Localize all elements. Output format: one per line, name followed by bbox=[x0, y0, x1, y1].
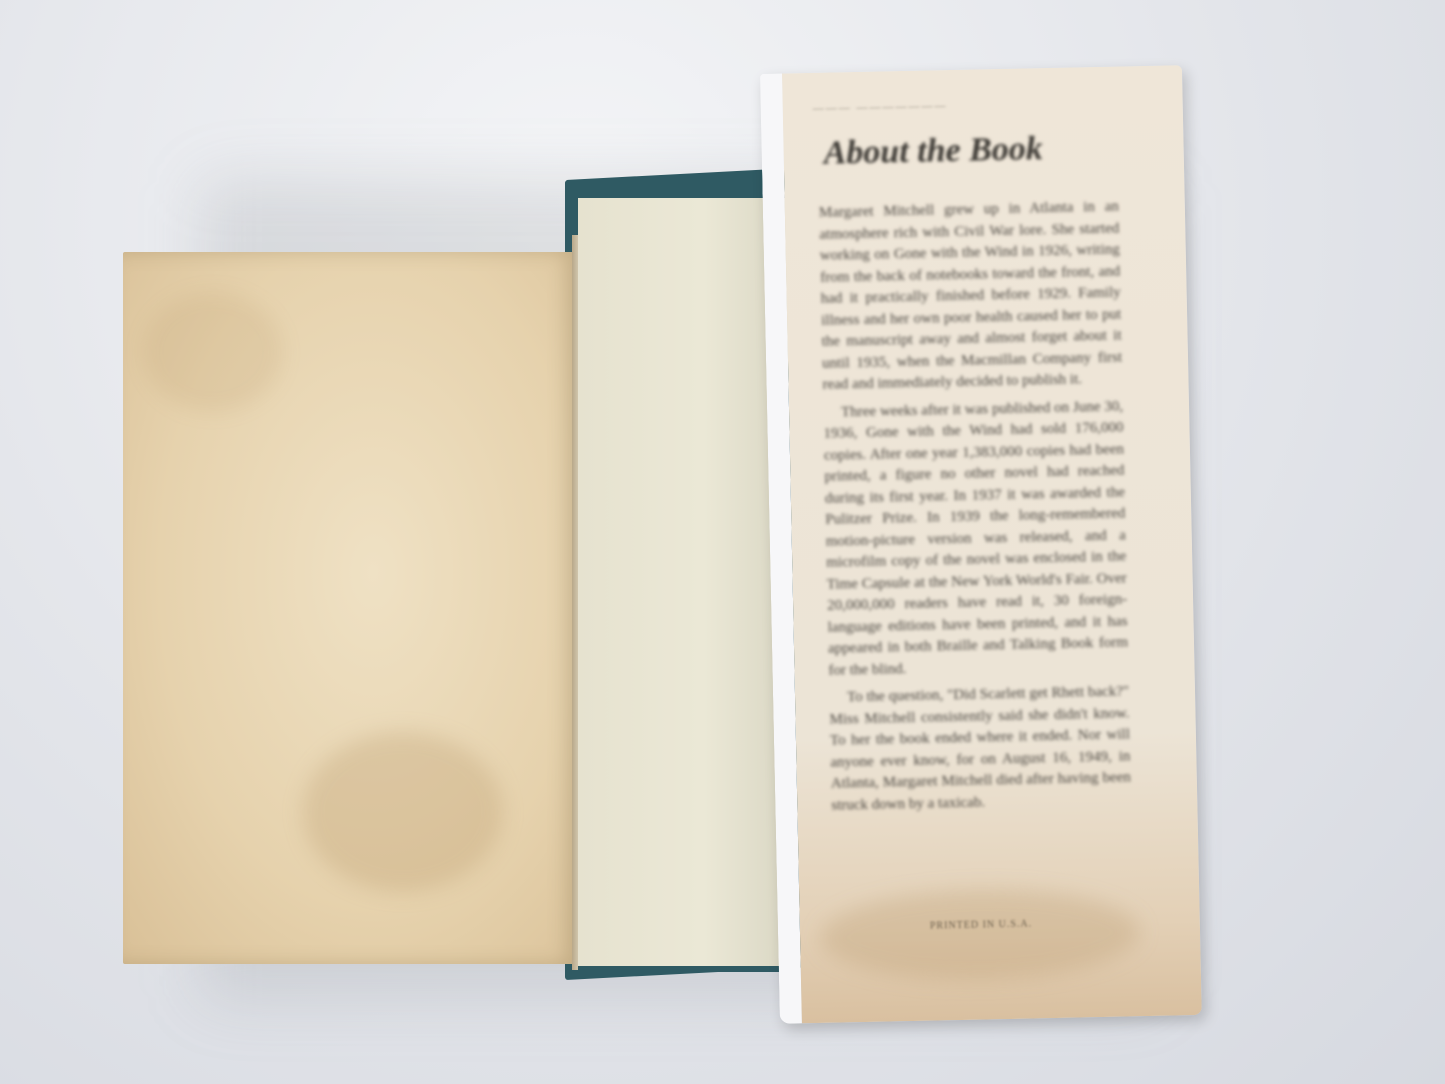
flap-stain bbox=[819, 886, 1141, 983]
endpaper-page bbox=[578, 198, 788, 972]
flap-title: About the Book bbox=[823, 130, 1043, 173]
foxing-stain bbox=[143, 292, 283, 412]
flap-header-line: ——— ——————— bbox=[813, 100, 948, 115]
dust-jacket-flap: ——— ——————— About the Book Margaret Mitc… bbox=[760, 65, 1202, 1024]
flap-paragraph: To the question, "Did Scarlett get Rhett… bbox=[829, 681, 1132, 816]
foxing-stain bbox=[303, 732, 503, 892]
flap-paragraph: Three weeks after it was published on Ju… bbox=[823, 396, 1129, 682]
flap-paragraph: Margaret Mitchell grew up in Atlanta in … bbox=[819, 197, 1123, 397]
left-page bbox=[123, 252, 578, 964]
flap-body: Margaret Mitchell grew up in Atlanta in … bbox=[819, 197, 1132, 823]
